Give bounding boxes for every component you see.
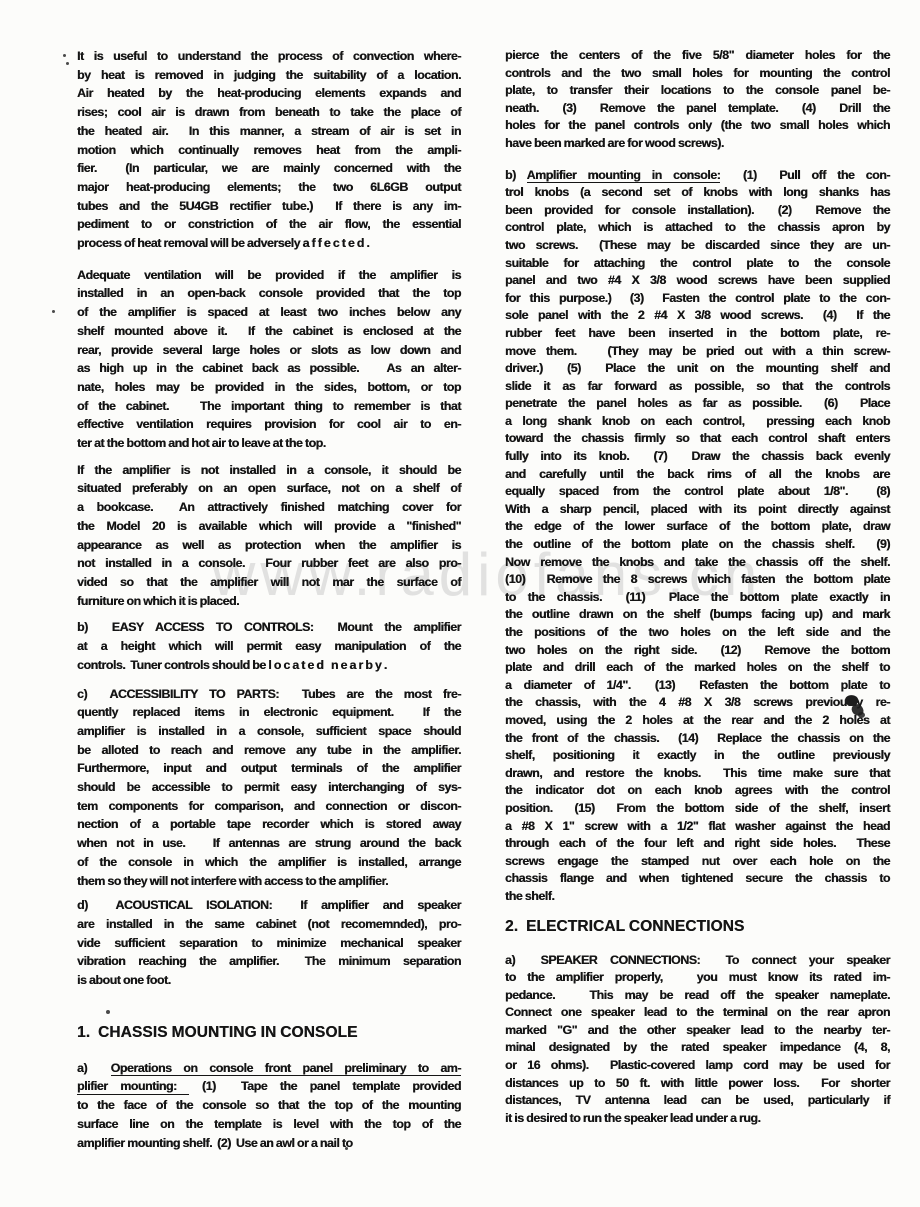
electrical-connections-heading: 2. ELECTRICAL CONNECTIONS	[505, 917, 890, 937]
text-line: equally spaced from the control plate ab…	[505, 483, 890, 501]
accessibility-paragraph: c) ACCESSIBILITY TO PARTS: Tubes are the…	[77, 685, 461, 891]
text-line: the indicator dot on each knob agrees wi…	[505, 782, 890, 800]
text-line: nection of a portable tape recorder whic…	[77, 815, 461, 834]
text-line: tem components for comparison, and conne…	[77, 797, 461, 816]
scan-speck	[66, 62, 69, 65]
text-line: is about one foot.	[77, 971, 461, 990]
text-line: are installed in the same cabinet (not r…	[77, 915, 461, 934]
convection-paragraph: It is useful to understand the process o…	[77, 47, 461, 253]
open-surface-paragraph: If the amplifier is not installed in a c…	[77, 461, 461, 611]
text-line: at a height which will permit easy manip…	[77, 637, 461, 656]
text-line: Adequate ventilation will be provided if…	[77, 266, 461, 285]
text-line: screws engage the stamped nut over each …	[505, 853, 890, 871]
text-line: sole panel with the 2 #4 X 3/8 wood scre…	[505, 307, 890, 325]
text-line: to the amplifier properly, you must know…	[505, 969, 890, 987]
text-line: should be accessible to permit easy inte…	[77, 778, 461, 797]
scan-speck	[63, 54, 66, 57]
text-line: It is useful to understand the process o…	[77, 47, 461, 66]
text-line: b) EASY ACCESS TO CONTROLS: Mount the am…	[77, 618, 461, 637]
text-line: ter at the bottom and hot air to leave a…	[77, 434, 461, 453]
text-line: been provided for console installation).…	[505, 202, 890, 220]
text-line: a long shank knob on each control, press…	[505, 413, 890, 431]
text-line: two holes on the right side. (12) Remove…	[505, 642, 890, 660]
text-line: shelf, positioning it exactly in the out…	[505, 747, 890, 765]
text-line: the shelf.	[505, 888, 890, 906]
text-line: of the amplifier is spaced at least two …	[77, 303, 461, 322]
scan-speck	[52, 310, 55, 313]
text-line: it is desired to run the speaker lead un…	[505, 1110, 890, 1128]
text-line: panel and two #4 X 3/8 wood screws have …	[505, 272, 890, 290]
text-line: a #8 X 1" screw with a 1/2" flat washer …	[505, 818, 890, 836]
text-line: the edge of the lower surface of the bot…	[505, 518, 890, 536]
text-line: slide it as far forward as possible, so …	[505, 378, 890, 396]
acoustical-isolation-paragraph: d) ACOUSTICAL ISOLATION: If amplifier an…	[77, 896, 461, 990]
text-line: the Model 20 is available which will pro…	[77, 517, 461, 536]
text-line: pierce the centers of the five 5/8" diam…	[505, 47, 890, 65]
text-line: a diameter of 1/4". (13) Refasten the bo…	[505, 677, 890, 695]
text-line: 2. ELECTRICAL CONNECTIONS	[505, 917, 890, 937]
text-line: control plate, which is attached to the …	[505, 219, 890, 237]
text-line: quently replaced items in electronic equ…	[77, 703, 461, 722]
text-line: vide sufficient separation to minimize m…	[77, 934, 461, 953]
text-line: effective ventilation requires provision…	[77, 415, 461, 434]
text-line: when not in use. If antennas are strung …	[77, 834, 461, 853]
text-line: minal designated by the rated speaker im…	[505, 1039, 890, 1057]
text-line: and carefully until the back rims of all…	[505, 466, 890, 484]
text-line: the outline of the bottom plate on the c…	[505, 536, 890, 554]
text-line: to the chassis. (11) Place the bottom pl…	[505, 589, 890, 607]
text-line: them so they will not interfere with acc…	[77, 872, 461, 891]
text-line: vided so that the amplifier will not mar…	[77, 573, 461, 592]
text-line: holes for the panel controls only (the t…	[505, 117, 890, 135]
text-line: or 16 ohms). Plastic-covered lamp cord m…	[505, 1057, 890, 1075]
text-line: vibration reaching the amplifier. The mi…	[77, 952, 461, 971]
underlined-text: Amplifier mounting in console:	[527, 168, 721, 184]
scan-speck	[345, 1147, 348, 1150]
text-line: motion which continually removes heat fr…	[77, 141, 461, 160]
easy-access-paragraph: b) EASY ACCESS TO CONTROLS: Mount the am…	[77, 618, 461, 674]
text-line: the heated air. In this manner, a stream…	[77, 122, 461, 141]
text-line: installed in an open-back console provid…	[77, 284, 461, 303]
text-line: tubes and the 5U4GB rectifier tube.) If …	[77, 197, 461, 216]
text-segment: b)	[505, 168, 527, 182]
text-line: the positions of the two holes on the le…	[505, 624, 890, 642]
text-line: (10) Remove the 8 screws which fasten th…	[505, 571, 890, 589]
text-line: c) ACCESSIBILITY TO PARTS: Tubes are the…	[77, 685, 461, 704]
text-line: amplifier mounting shelf. (2) Use an awl…	[77, 1134, 461, 1153]
text-line: Air heated by the heat-producing element…	[77, 84, 461, 103]
text-line: marked "G" and the other speaker lead to…	[505, 1022, 890, 1040]
text-line: not installed in a console. Four rubber …	[77, 554, 461, 573]
text-line: toward the chassis firmly so that each c…	[505, 430, 890, 448]
underlined-text: plifier mounting:	[77, 1079, 189, 1095]
text-line: have been marked are for wood screws).	[505, 135, 890, 153]
text-line: process of heat removal will be adversel…	[77, 234, 461, 253]
console-front-panel-paragraph: a) Operations on console front panel pre…	[77, 1059, 461, 1153]
amplifier-mounting-paragraph: b) Amplifier mounting in console: (1) Pu…	[505, 167, 890, 906]
text-line: Now remove the knobs and take the chassi…	[505, 554, 890, 572]
text-line: shelf mounted above it. If the cabinet i…	[77, 322, 461, 341]
text-line: two screws. (These may be discarded sinc…	[505, 237, 890, 255]
text-line: furniture on which it is placed.	[77, 592, 461, 611]
scanned-manual-page: www.radiofans.cn It is useful to underst…	[0, 0, 920, 1207]
text-line: fier. (In particular, we are mainly conc…	[77, 159, 461, 178]
text-line: pedance. This may be read off the speake…	[505, 987, 890, 1005]
text-line: plate and drill each of the marked holes…	[505, 659, 890, 677]
text-line: of the cabinet. The important thing to r…	[77, 397, 461, 416]
text-line: the outline drawn on the shelf (bumps fa…	[505, 606, 890, 624]
text-line: for this purpose.) (3) Fasten the contro…	[505, 290, 890, 308]
text-line: controls and the two small holes for mou…	[505, 65, 890, 83]
ink-smudge	[858, 712, 865, 718]
text-line: drawn, and restore the knobs. This time …	[505, 765, 890, 783]
ventilation-paragraph: Adequate ventilation will be provided if…	[77, 266, 461, 453]
text-line: If the amplifier is not installed in a c…	[77, 461, 461, 480]
text-line: neath. (3) Remove the panel template. (4…	[505, 100, 890, 118]
text-line: Connect one speaker lead to the terminal…	[505, 1004, 890, 1022]
text-line: penetrate the panel holes as far as poss…	[505, 395, 890, 413]
text-line: move them. (They may be pried out with a…	[505, 343, 890, 361]
text-line: rubber feet have been inserted in the bo…	[505, 325, 890, 343]
text-line: nate, holes may be provided in the sides…	[77, 378, 461, 397]
text-line: rear, provide several large holes or slo…	[77, 341, 461, 360]
template-piercing-paragraph: pierce the centers of the five 5/8" diam…	[505, 47, 890, 153]
text-line: position. (15) From the bottom side of t…	[505, 800, 890, 818]
text-line: trol knobs (a second set of knobs with l…	[505, 184, 890, 202]
right-text-column: pierce the centers of the five 5/8" diam…	[505, 47, 890, 1127]
text-line: distances up to 50 ft. with little power…	[505, 1075, 890, 1093]
text-line: a) SPEAKER CONNECTIONS: To connect your …	[505, 952, 890, 970]
text-line: be alloted to reach and remove any tube …	[77, 741, 461, 760]
text-line: suitable for attaching the control plate…	[505, 255, 890, 273]
speaker-connections-paragraph: a) SPEAKER CONNECTIONS: To connect your …	[505, 952, 890, 1128]
text-line: a bookcase. An attractively finished mat…	[77, 498, 461, 517]
text-line: the chassis, with the 4 #8 X 3/8 screws …	[505, 694, 890, 712]
text-line: chassis flange and when tightened secure…	[505, 870, 890, 888]
text-line: controls. Tuner controls should be l o c…	[77, 656, 461, 675]
text-line: major heat-producing elements; the two 6…	[77, 178, 461, 197]
text-line: With a sharp pencil, placed with its poi…	[505, 501, 890, 519]
left-text-column: It is useful to understand the process o…	[77, 47, 461, 1152]
text-line: fully into its knob. (7) Draw the chassi…	[505, 448, 890, 466]
text-line: through each of the four left and right …	[505, 835, 890, 853]
text-line: the front of the chassis. (14) Replace t…	[505, 730, 890, 748]
text-segment: (1) Pull off the con-	[720, 168, 890, 182]
text-line: d) ACOUSTICAL ISOLATION: If amplifier an…	[77, 896, 461, 915]
text-line: b) Amplifier mounting in console: (1) Pu…	[505, 167, 890, 185]
text-line: surface line on the template is level wi…	[77, 1115, 461, 1134]
text-line: plifier mounting: (1) Tape the panel tem…	[77, 1077, 461, 1096]
text-line: distances, TV antenna lead can be used, …	[505, 1092, 890, 1110]
text-line: pediment to or constriction of the air f…	[77, 215, 461, 234]
text-line: driver.) (5) Place the unit on the mount…	[505, 360, 890, 378]
text-line: moved, using the 2 holes at the rear and…	[505, 712, 890, 730]
text-line: a) Operations on console front panel pre…	[77, 1059, 461, 1078]
text-line: Furthermore, input and output terminals …	[77, 759, 461, 778]
text-line: appearance as well as protection when th…	[77, 536, 461, 555]
text-line: 1. CHASSIS MOUNTING IN CONSOLE	[77, 1023, 461, 1043]
chassis-mounting-heading: 1. CHASSIS MOUNTING IN CONSOLE	[77, 1023, 461, 1043]
text-line: plate, to transfer their locations to th…	[505, 82, 890, 100]
text-line: by heat is removed in judging the suitab…	[77, 66, 461, 85]
text-line: as high up in the cabinet back as possib…	[77, 359, 461, 378]
text-line: amplifier is installed in a console, suf…	[77, 722, 461, 741]
text-line: situated preferably on an open surface, …	[77, 479, 461, 498]
text-line: rises; cool air is drawn from beneath to…	[77, 103, 461, 122]
scan-speck	[106, 1010, 110, 1014]
underlined-text: Operations on console front panel prelim…	[111, 1061, 461, 1077]
text-line: of the console in which the amplifier is…	[77, 853, 461, 872]
text-segment: (1) Tape the panel template provided	[189, 1079, 461, 1093]
text-segment: a)	[77, 1061, 111, 1075]
text-line: to the face of the console so that the t…	[77, 1096, 461, 1115]
